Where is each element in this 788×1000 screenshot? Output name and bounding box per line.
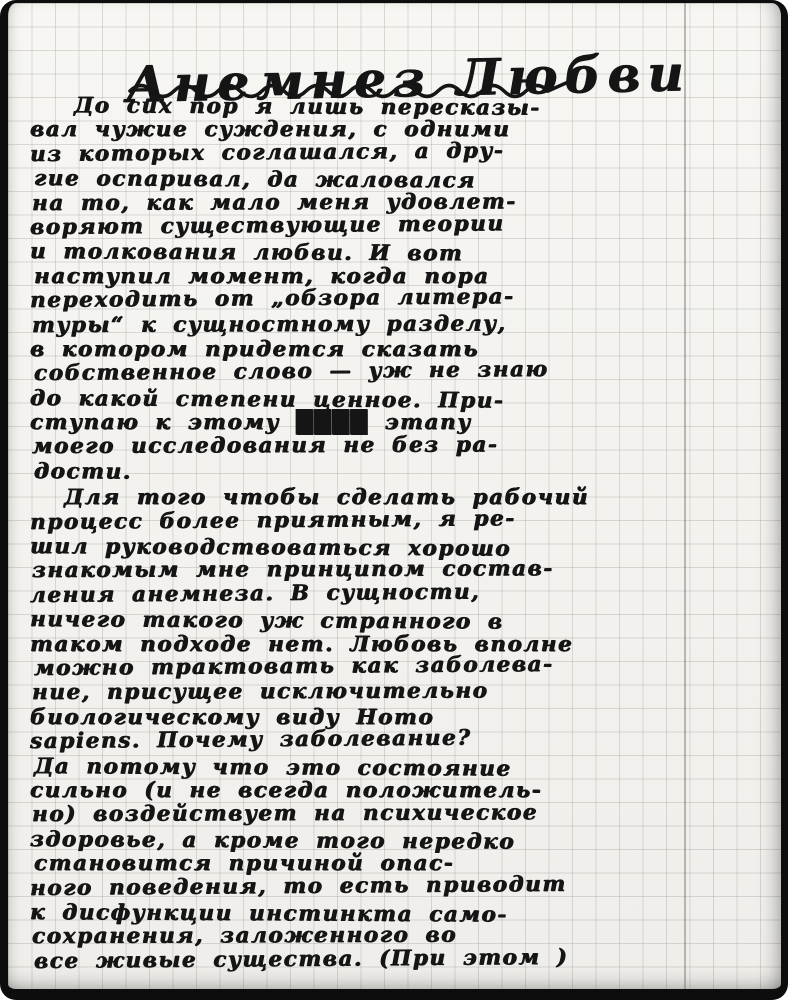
- manuscript-body: До сих пор я лишь пересказы- вал чужие с…: [30, 94, 682, 974]
- manuscript-line: туры“ к сущностному разделу,: [32, 311, 682, 338]
- manuscript-line: сильно (и не всегда положитель-: [30, 779, 682, 803]
- manuscript-line: ного поведения, то есть приводит: [30, 871, 682, 901]
- margin-line: [684, 3, 686, 989]
- manuscript-line: можно трактовать как заболева-: [34, 652, 682, 681]
- manuscript-line: здоровье, а кроме того нередко: [30, 828, 682, 856]
- manuscript-line: но) воздействует на психическое: [32, 801, 682, 828]
- manuscript-line: все живые существа. (При этом ): [34, 945, 682, 974]
- manuscript-line: ничего такого уж странного в: [30, 608, 682, 636]
- notebook-page: Анемнез Любви До сих пор я лишь пересказ…: [0, 0, 788, 1000]
- manuscript-line: ления анемнеза. В сущности,: [30, 579, 682, 609]
- manuscript-line: собственное слово — уж не знаю: [34, 357, 682, 386]
- manuscript-line: ние, присущее исключительно: [32, 679, 682, 706]
- manuscript-line: sapiens. Почему заболевание?: [30, 725, 682, 755]
- manuscript-line: до какой степени ценное. При-: [30, 387, 682, 415]
- manuscript-line: До сих пор я лишь пересказы-: [30, 94, 682, 122]
- manuscript-line: процесс более приятным, я ре-: [30, 506, 682, 536]
- manuscript-line: моего исследования не без ра-: [32, 433, 682, 460]
- manuscript-line: переходить от „обзора литера-: [30, 284, 682, 314]
- manuscript-line: воряют существующие теории: [30, 211, 682, 241]
- manuscript-line: дости.: [34, 460, 682, 488]
- manuscript-line: и толкования любви. И вот: [30, 240, 682, 268]
- manuscript-line: Да потому что это состояние: [34, 755, 682, 783]
- manuscript-line: из которых соглашался, а дру-: [30, 138, 682, 168]
- manuscript-line-with-crossed-out-word: ступаю к этому ████ этапу: [30, 411, 682, 435]
